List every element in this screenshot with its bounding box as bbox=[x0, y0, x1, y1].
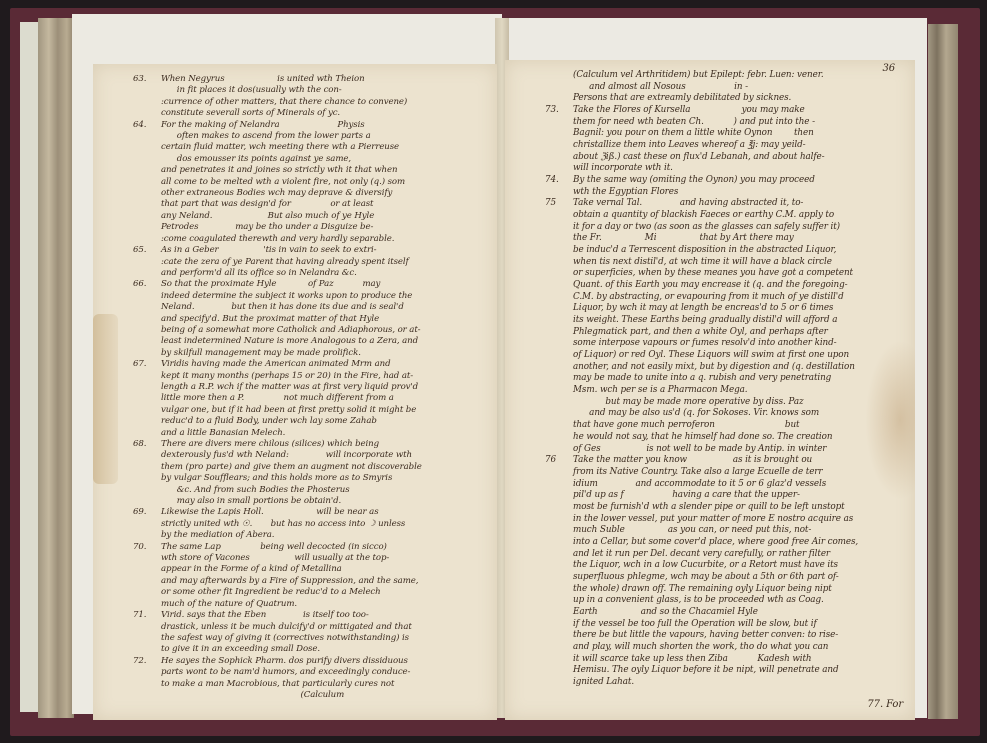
handwritten-line: another, and not easily mixt, but by dig… bbox=[573, 362, 905, 374]
handwritten-line: when tis next distil'd, at wch time it w… bbox=[573, 257, 905, 269]
entry-number: 74. bbox=[545, 175, 559, 187]
handwritten-line: but may be made more operative by diss. … bbox=[573, 397, 905, 409]
manuscript-page-right: 36 (Calculum vel Arthritidem) but Epilep… bbox=[505, 60, 915, 720]
handwritten-line: By the same way (omiting the Oynon) you … bbox=[573, 175, 905, 187]
manuscript-entry: 73.Take the Flores of Kursella you may m… bbox=[527, 105, 905, 175]
handwritten-line: and let it run per Del. decant very care… bbox=[573, 549, 905, 561]
handwritten-line: about ℨiß.) cast these on flux'd Lebanah… bbox=[573, 152, 905, 164]
handwritten-line: As in a Geber 'tis in vain to seek to ex… bbox=[161, 245, 487, 256]
handwritten-line: by vulgar Soufflears; and this holds mor… bbox=[161, 473, 487, 484]
handwritten-line: it will scarce take up less then Ziba Ka… bbox=[573, 654, 905, 666]
handwritten-line: by skilfull management may be made proli… bbox=[161, 348, 487, 359]
handwritten-line: there be but little the vapours, having … bbox=[573, 630, 905, 642]
handwritten-line: He sayes the Sophick Pharm. dos purify d… bbox=[161, 656, 487, 667]
handwritten-line: :come coagulated therewth and very hardl… bbox=[161, 234, 487, 245]
manuscript-entry: 75Take vernal Tal. and having abstracted… bbox=[527, 198, 905, 455]
handwritten-line: Take the Flores of Kursella you may make bbox=[573, 105, 905, 117]
handwritten-line: some interpose vapours or fumes resolv'd… bbox=[573, 338, 905, 350]
manuscript-entry: 65.As in a Geber 'tis in vain to seek to… bbox=[115, 245, 487, 279]
handwritten-line: and may afterwards by a Fire of Suppress… bbox=[161, 576, 487, 587]
handwritten-line: in fit places it dos(usually wth the con… bbox=[161, 85, 487, 96]
catchword: 77. For bbox=[867, 698, 903, 712]
manuscript-entry: 66.So that the proximate Hyle of Paz may… bbox=[115, 279, 487, 359]
handwritten-line: certain fluid matter, wch meeting there … bbox=[161, 142, 487, 153]
left-page-text: 63.When Negyrus is united wth Theion in … bbox=[115, 74, 487, 701]
handwritten-line: be induc'd a Terrescent disposition in t… bbox=[573, 245, 905, 257]
entry-number: 63. bbox=[133, 74, 146, 85]
handwritten-line: that part that was design'd for or at le… bbox=[161, 199, 487, 210]
handwritten-line: or superficies, when by these meanes you… bbox=[573, 268, 905, 280]
entry-number: 76 bbox=[545, 455, 556, 467]
manuscript-entry: 68.There are divers mere chilous (silice… bbox=[115, 439, 487, 507]
handwritten-line: the whole) drawn off. The remaining oyly… bbox=[573, 584, 905, 596]
entry-number: 73. bbox=[545, 105, 559, 117]
manuscript-entry: 71.Virid. says that the Eben is itself t… bbox=[115, 610, 487, 656]
manuscript-entry: 70.The same Lap being well decocted (in … bbox=[115, 542, 487, 610]
handwritten-line: So that the proximate Hyle of Paz may bbox=[161, 279, 487, 290]
handwritten-line: to make a man Macrobious, that particula… bbox=[161, 679, 487, 690]
handwritten-line: into a Cellar, but some cover'd place, w… bbox=[573, 537, 905, 549]
handwritten-line: the Fr. Mi that by Art there may bbox=[573, 233, 905, 245]
handwritten-line: Hemisu. The oyly Liquor before it be nip… bbox=[573, 665, 905, 677]
handwritten-line: much of the nature of Quatrum. bbox=[161, 599, 487, 610]
handwritten-line: much Suble as you can, or need put this,… bbox=[573, 525, 905, 537]
handwritten-line: or some other fit Ingredient be reduc'd … bbox=[161, 587, 487, 598]
handwritten-line: idium and accommodate to it 5 or 6 glaz'… bbox=[573, 479, 905, 491]
entry-number: 70. bbox=[133, 542, 146, 553]
page-edges-right bbox=[928, 24, 958, 719]
handwritten-line: ignited Lahat. bbox=[573, 677, 905, 689]
handwritten-line: C.M. by abstracting, or evapouring from … bbox=[573, 292, 905, 304]
handwritten-line: to give it in an exceeding small Dose. bbox=[161, 644, 487, 655]
handwritten-line: its weight. These Earths being gradually… bbox=[573, 315, 905, 327]
entry-number: 75 bbox=[545, 198, 556, 210]
manuscript-entry: 76Take the matter you know as it is brou… bbox=[527, 455, 905, 688]
manuscript-entry: 74.By the same way (omiting the Oynon) y… bbox=[527, 175, 905, 198]
manuscript-entry: 69.Likewise the Lapis Holl. will be near… bbox=[115, 507, 487, 541]
handwritten-line: will incorporate wth it. bbox=[573, 163, 905, 175]
handwritten-line: and penetrates it and joines so strictly… bbox=[161, 165, 487, 176]
handwritten-line: For the making of Nelandra Physis bbox=[161, 120, 487, 131]
handwritten-line: that have gone much perroferon but bbox=[573, 420, 905, 432]
handwritten-line: The same Lap being well decocted (in sic… bbox=[161, 542, 487, 553]
handwritten-line: and may be also us'd (q. for Sokoses. Vi… bbox=[573, 408, 905, 420]
handwritten-line: &c. And from such Bodies the Phosterus bbox=[161, 485, 487, 496]
manuscript-page-left: 63.When Negyrus is united wth Theion in … bbox=[93, 64, 497, 720]
handwritten-line: Petrodes may be tho under a Disguize be- bbox=[161, 222, 487, 233]
handwritten-line: being of a somewhat more Catholick and A… bbox=[161, 325, 487, 336]
handwritten-line: When Negyrus is united wth Theion bbox=[161, 74, 487, 85]
handwritten-line: and perform'd all its office so in Nelan… bbox=[161, 268, 487, 279]
handwritten-line: Persons that are extreamly debilitated b… bbox=[573, 93, 905, 105]
handwritten-line: pil'd up as f having a care that the upp… bbox=[573, 490, 905, 502]
entry-number: 66. bbox=[133, 279, 146, 290]
handwritten-line: and play, will much shorten the work, th… bbox=[573, 642, 905, 654]
handwritten-line: and specify'd. But the proximat matter o… bbox=[161, 314, 487, 325]
entry-number: 64. bbox=[133, 120, 146, 131]
handwritten-line: Phlegmatick part, and then a white Oyl, … bbox=[573, 327, 905, 339]
page-edges-left bbox=[38, 18, 74, 718]
handwritten-line: wth the Egyptian Flores bbox=[573, 187, 905, 199]
handwritten-line: often makes to ascend from the lower par… bbox=[161, 131, 487, 142]
handwritten-line: of Ges is not well to be made by Antip. … bbox=[573, 444, 905, 456]
handwritten-line: reduc'd to a fluid Body, under wch lay s… bbox=[161, 416, 487, 427]
handwritten-line: other extraneous Bodies wch may deprave … bbox=[161, 188, 487, 199]
handwritten-line: superfluous phlegme, wch may be about a … bbox=[573, 572, 905, 584]
handwritten-line: all come to be melted wth a violent fire… bbox=[161, 177, 487, 188]
handwritten-line: drastick, unless it be much dulcify'd or… bbox=[161, 622, 487, 633]
manuscript-entry: 67.Viridis having made the American anim… bbox=[115, 359, 487, 439]
handwritten-line: Take vernal Tal. and having abstracted i… bbox=[573, 198, 905, 210]
continuation-text: (Calculum vel Arthritidem) but Epilept: … bbox=[527, 70, 905, 105]
handwritten-line: Viridis having made the American animate… bbox=[161, 359, 487, 370]
handwritten-line: (Calculum bbox=[161, 690, 487, 701]
handwritten-line: strictly united wth ☉. but has no access… bbox=[161, 519, 487, 530]
handwritten-line: dexterously fus'd wth Neland: will incor… bbox=[161, 450, 487, 461]
handwritten-line: by the mediation of Abera. bbox=[161, 530, 487, 541]
handwritten-line: parts wont to be nam'd humors, and excee… bbox=[161, 667, 487, 678]
handwritten-line: vulgar one, but if it had been at first … bbox=[161, 405, 487, 416]
entry-number: 72. bbox=[133, 656, 146, 667]
handwritten-line: Quant. of this Earth you may encrease it… bbox=[573, 280, 905, 292]
handwritten-line: constitute severall sorts of Minerals of… bbox=[161, 108, 487, 119]
handwritten-line: may be made to unite into a q. rubish an… bbox=[573, 373, 905, 385]
handwritten-line: and a little Banasian Melech. bbox=[161, 428, 487, 439]
handwritten-line: up in a convenient glass, is to be proce… bbox=[573, 595, 905, 607]
handwritten-line: Earth and so the Chacamiel Hyle bbox=[573, 607, 905, 619]
handwritten-line: in the lower vessel, put your matter of … bbox=[573, 514, 905, 526]
handwritten-line: and almost all Nosous in - bbox=[573, 82, 905, 94]
handwritten-line: Liquor, by wch it may at length be encre… bbox=[573, 303, 905, 315]
manuscript-entry: 64.For the making of Nelandra Physis oft… bbox=[115, 120, 487, 245]
handwritten-line: length a R.P. wch if the matter was at f… bbox=[161, 382, 487, 393]
handwritten-line: Virid. says that the Eben is itself too … bbox=[161, 610, 487, 621]
handwritten-line: appear in the Forme of a kind of Metalli… bbox=[161, 564, 487, 575]
manuscript-entry: 72.He sayes the Sophick Pharm. dos purif… bbox=[115, 656, 487, 702]
handwritten-line: may also in small portions be obtain'd. bbox=[161, 496, 487, 507]
right-page-text: (Calculum vel Arthritidem) but Epilept: … bbox=[527, 70, 905, 689]
handwritten-line: (Calculum vel Arthritidem) but Epilept: … bbox=[573, 70, 905, 82]
handwritten-line: any Neland. But also much of ye Hyle bbox=[161, 211, 487, 222]
handwritten-line: dos emousser its points against ye same, bbox=[161, 154, 487, 165]
handwritten-line: indeed determine the subject it works up… bbox=[161, 291, 487, 302]
entry-number: 67. bbox=[133, 359, 146, 370]
handwritten-line: it for a day or two (as soon as the glas… bbox=[573, 222, 905, 234]
handwritten-line: little more then a P. not much different… bbox=[161, 393, 487, 404]
handwritten-line: wth store of Vacones will usually at the… bbox=[161, 553, 487, 564]
handwritten-line: if the vessel be too full the Operation … bbox=[573, 619, 905, 631]
handwritten-line: :cate the zera of ye Parent that having … bbox=[161, 257, 487, 268]
handwritten-line: christallize them into Leaves whereof a … bbox=[573, 140, 905, 152]
entry-number: 69. bbox=[133, 507, 146, 518]
handwritten-line: There are divers mere chilous (silices) … bbox=[161, 439, 487, 450]
entry-number: 71. bbox=[133, 610, 146, 621]
handwritten-line: Likewise the Lapis Holl. will be near as bbox=[161, 507, 487, 518]
handwritten-line: obtain a quantity of blackish Faeces or … bbox=[573, 210, 905, 222]
handwritten-line: the Liquor, wch in a low Cucurbite, or a… bbox=[573, 560, 905, 572]
handwritten-line: most be furnish'd wth a slender pipe or … bbox=[573, 502, 905, 514]
handwritten-line: :currence of other matters, that there c… bbox=[161, 97, 487, 108]
handwritten-line: he would not say, that he himself had do… bbox=[573, 432, 905, 444]
handwritten-line: Bagnil: you pour on them a little white … bbox=[573, 128, 905, 140]
handwritten-line: the safest way of giving it (correctives… bbox=[161, 633, 487, 644]
handwritten-line: from its Native Country. Take also a lar… bbox=[573, 467, 905, 479]
entry-number: 68. bbox=[133, 439, 146, 450]
handwritten-line: Neland. but then it has done its due and… bbox=[161, 302, 487, 313]
handwritten-line: least indetermined Nature is more Analog… bbox=[161, 336, 487, 347]
handwritten-line: them for need wth beaten Ch. ) and put i… bbox=[573, 117, 905, 129]
handwritten-line: kept it many months (perhaps 15 or 20) i… bbox=[161, 371, 487, 382]
handwritten-line: of Liquor) or red Oyl. These Liquors wil… bbox=[573, 350, 905, 362]
handwritten-line: Msm. wch per se is a Pharmacon Mega. bbox=[573, 385, 905, 397]
handwritten-line: Take the matter you know as it is brough… bbox=[573, 455, 905, 467]
entry-number: 65. bbox=[133, 245, 146, 256]
handwritten-line: them (pro parte) and give them an augmen… bbox=[161, 462, 487, 473]
manuscript-entry: 63.When Negyrus is united wth Theion in … bbox=[115, 74, 487, 120]
